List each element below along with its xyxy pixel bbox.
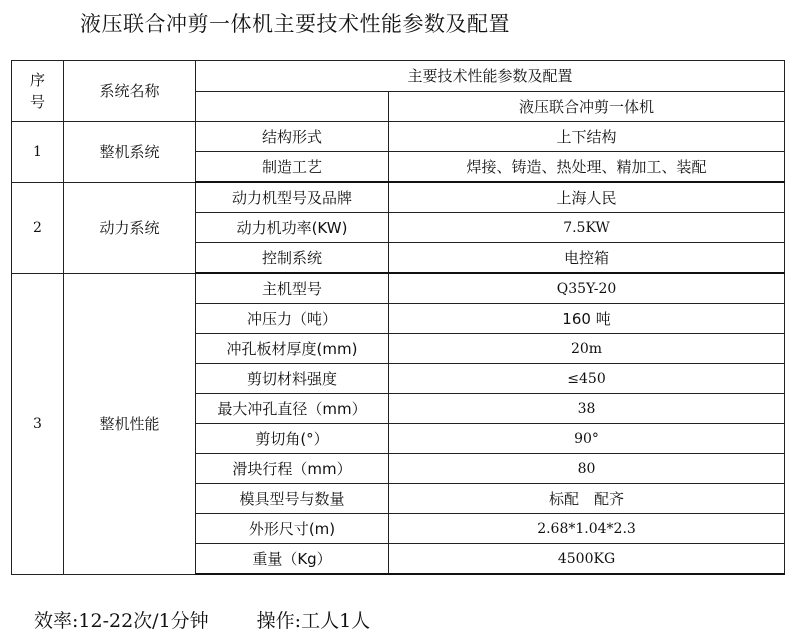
param-value: Q35Y-20 [389,273,785,304]
param-label: 制造工艺 [196,152,389,183]
param-value: 2.68*1.04*2.3 [389,514,785,544]
header-seq-line1: 序 [12,69,63,91]
footer-notes: 效率:12-22次/1分钟操作:工人1人 [34,606,418,633]
header-system-name: 系统名称 [64,61,196,122]
param-value: 90° [389,424,785,454]
efficiency-note: 效率:12-22次/1分钟 [34,610,209,632]
param-value: 焊接、铸造、热处理、精加工、装配 [389,152,785,183]
param-value: 80 [389,454,785,484]
param-label: 主机型号 [196,273,389,304]
param-value: 20m [389,334,785,364]
param-label: 控制系统 [196,243,389,274]
param-label: 冲压力（吨） [196,304,389,334]
header-machine-name: 液压联合冲剪一体机 [389,92,785,122]
param-label: 模具型号与数量 [196,484,389,514]
header-seq-line2: 号 [12,91,63,113]
param-label: 动力机型号及品牌 [196,182,389,213]
header-row-1: 序 号 系统名称 主要技术性能参数及配置 [12,61,785,92]
param-label: 结构形式 [196,122,389,152]
header-params-title: 主要技术性能参数及配置 [196,61,785,92]
group-system: 整机性能 [64,273,196,574]
param-value: 4500KG [389,544,785,575]
group-seq: 2 [12,182,64,273]
group-system: 整机系统 [64,122,196,183]
table-row: 3 整机性能 主机型号 Q35Y-20 [12,273,785,304]
operation-note: 操作:工人1人 [257,610,371,632]
param-value: ≤450 [389,364,785,394]
group-seq: 1 [12,122,64,183]
param-value: 上下结构 [389,122,785,152]
spec-table: 序 号 系统名称 主要技术性能参数及配置 液压联合冲剪一体机 1 整机系统 结构… [11,60,785,575]
header-seq: 序 号 [12,61,64,122]
param-label: 重量（Kg） [196,544,389,575]
param-value: 160 吨 [389,304,785,334]
group-system: 动力系统 [64,182,196,273]
param-label: 最大冲孔直径（mm） [196,394,389,424]
document-title: 液压联合冲剪一体机主要技术性能参数及配置 [80,8,510,38]
param-label: 剪切材料强度 [196,364,389,394]
param-label: 冲孔板材厚度(mm) [196,334,389,364]
table-row: 1 整机系统 结构形式 上下结构 [12,122,785,152]
param-label: 剪切角(°） [196,424,389,454]
param-value: 7.5KW [389,213,785,243]
table-row: 2 动力系统 动力机型号及品牌 上海人民 [12,182,785,213]
param-value: 38 [389,394,785,424]
param-value: 电控箱 [389,243,785,274]
header-param-blank [196,92,389,122]
param-label: 外形尺寸(m) [196,514,389,544]
group-seq: 3 [12,273,64,574]
param-label: 动力机功率(KW) [196,213,389,243]
param-value: 标配 配齐 [389,484,785,514]
param-value: 上海人民 [389,182,785,213]
param-label: 滑块行程（mm） [196,454,389,484]
